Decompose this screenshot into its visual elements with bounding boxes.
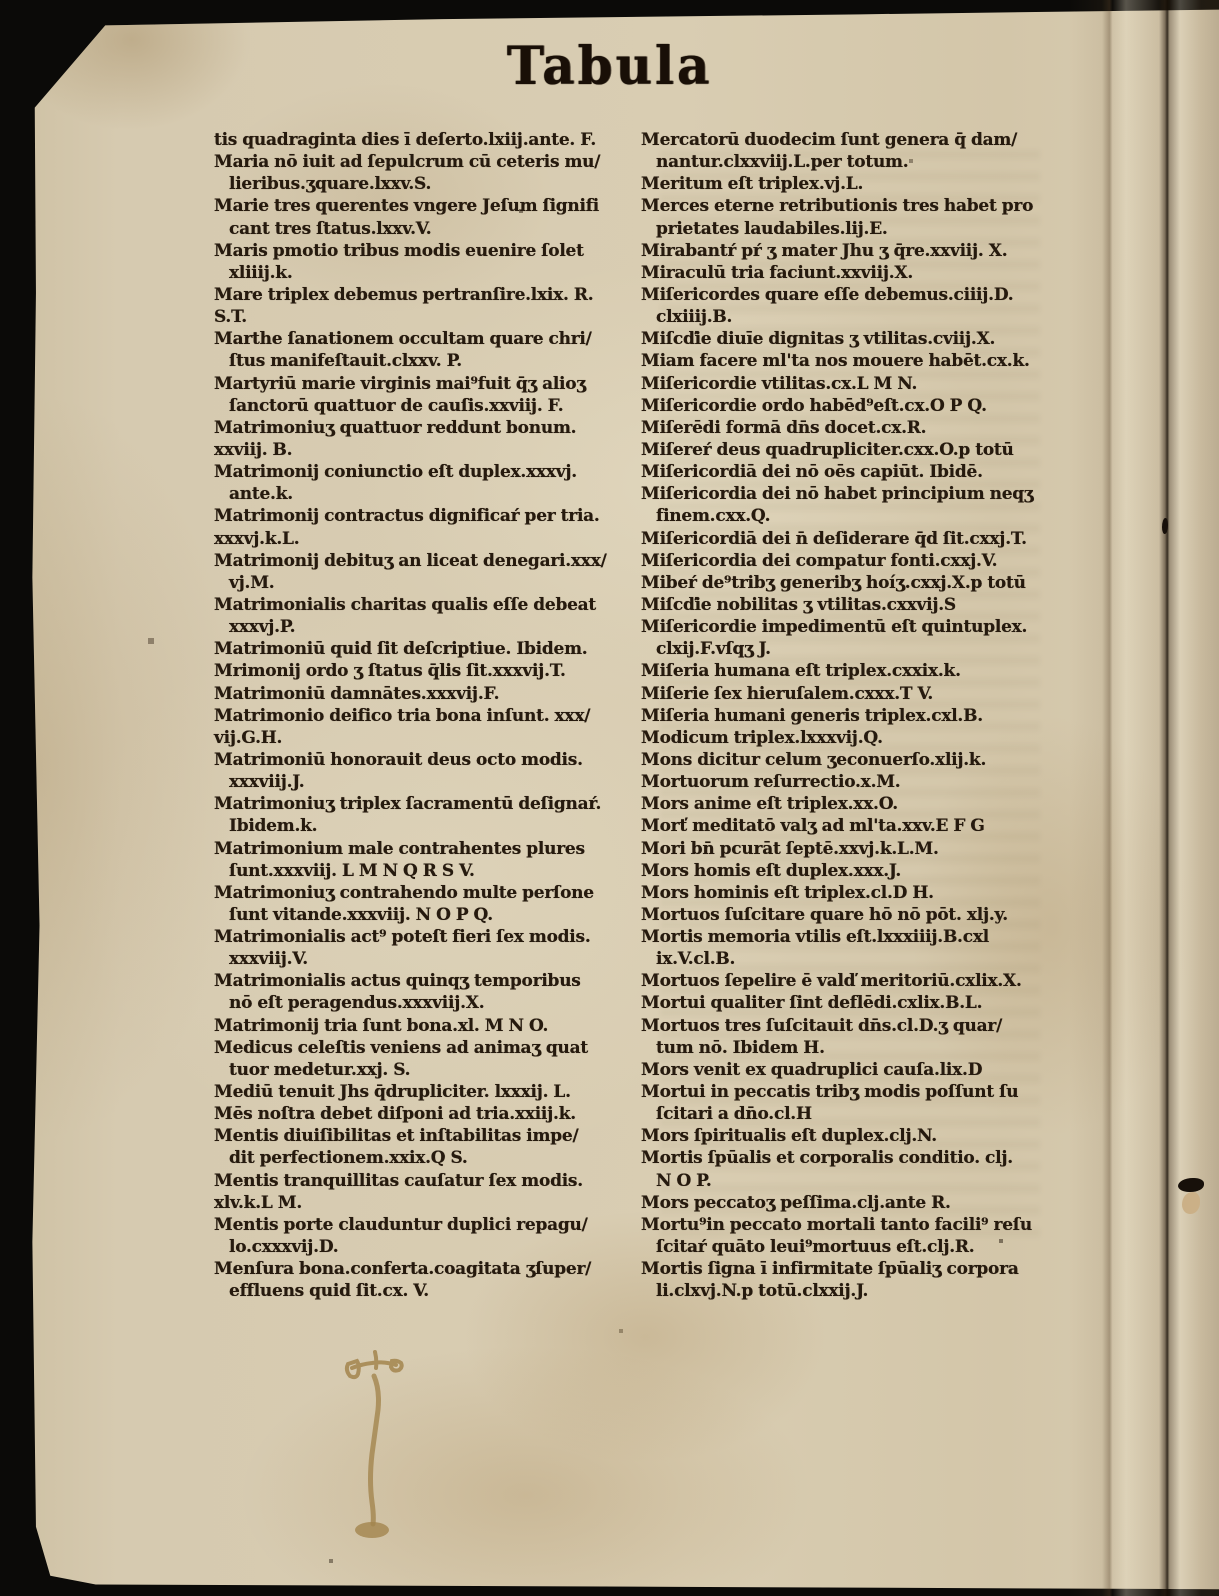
- index-line: Miſeria humana eſt triplex.cxxix.k.: [641, 660, 1065, 682]
- index-line: Mortis ſigna ī infirmitate ſpūaliʒ corpo…: [641, 1258, 1065, 1280]
- index-line: li.clxvj.N.p totū.clxxij.J.: [641, 1280, 1065, 1302]
- index-line: xliiij.k.: [214, 262, 638, 284]
- index-line: tis quadraginta dies ī deſerto.lxiij.ant…: [214, 129, 638, 151]
- index-line: ſcitaŕ quāto leui⁹mortuus eſt.clj.R.: [641, 1236, 1065, 1258]
- index-line: Mentis tranquillitas cauſatur ſex modis.: [214, 1170, 638, 1192]
- index-line: Matrimonij coniunctio eſt duplex.xxxvj.: [214, 461, 638, 483]
- index-line: Mors hominis eſt triplex.cl.D H.: [641, 882, 1065, 904]
- index-line: Miſericordia dei compatur fonti.cxxj.V.: [641, 550, 1065, 572]
- index-line: xxxviij.V.: [214, 948, 638, 970]
- index-line: Mentis diuiſibilitas et inſtabilitas imp…: [214, 1125, 638, 1147]
- index-line: Mortui qualiter ſint deflēdi.cxlix.B.L.: [641, 992, 1065, 1014]
- index-line: Miſericordie impedimentū eſt quintuplex.: [641, 616, 1065, 638]
- index-line: Matrimonij contractus dignificaŕ per tri…: [214, 505, 638, 527]
- index-line: Mortu⁹in peccato mortali tanto facili⁹ r…: [641, 1214, 1065, 1236]
- index-line: Mortuos ſuſcitare quare hō nō pōt. xlj.y…: [641, 904, 1065, 926]
- index-line: Matrimoniuʒ quattuor reddunt bonum.: [214, 417, 638, 439]
- index-line: Matrimonij tria ſunt bona.xl. M N O.: [214, 1015, 638, 1037]
- index-line: Matrimoniū honorauit deus octo modis.: [214, 749, 638, 771]
- index-line: Matrimoniuʒ triplex ſacramentū deſignaŕ.: [214, 793, 638, 815]
- index-line: Mentis porte clauduntur duplici repagu/: [214, 1214, 638, 1236]
- index-line: Mons dicitur celum ʒeconuerſo.xlij.k.: [641, 749, 1065, 771]
- index-line: ſunt.xxxviij. L M N Q R S V.: [214, 860, 638, 882]
- index-line: finem.cxx.Q.: [641, 505, 1065, 527]
- index-line: Medicus celeſtis veniens ad animaʒ quat: [214, 1037, 638, 1059]
- index-line: Mortuos ſepelire ē valď meritoriū.cxlix.…: [641, 970, 1065, 992]
- index-line: vij.G.H.: [214, 727, 638, 749]
- index-line: Miſericordie ordo habēd⁹eſt.cx.O P Q.: [641, 395, 1065, 417]
- index-line: ſanctorū quattuor de cauſis.xxviij. F.: [214, 395, 638, 417]
- index-line: Ibidem.k.: [214, 815, 638, 837]
- index-line: dit perfectionem.xxix.Q S.: [214, 1147, 638, 1169]
- index-line: Mortis ſpūalis et corporalis conditio. c…: [641, 1147, 1065, 1169]
- index-line: Merces eterne retributionis tres habet p…: [641, 195, 1065, 217]
- index-line: prietates laudabiles.lij.E.: [641, 218, 1065, 240]
- index-line: Meritum eſt triplex.vj.L.: [641, 173, 1065, 195]
- index-line: Miſericordie vtilitas.cx.L M N.: [641, 373, 1065, 395]
- index-line: Mors peccatoʒ peſſima.clj.ante R.: [641, 1192, 1065, 1214]
- index-column-right: Mercatorū duodecim ſunt genera q̄ dam/na…: [641, 129, 1065, 1302]
- index-line: Mortui in peccatis tribʒ modis poſſunt ſ…: [641, 1081, 1065, 1103]
- index-line: Matrimonialis charitas qualis eſſe debea…: [214, 594, 638, 616]
- index-line: Matrimoniuʒ contrahendo multe perſone: [214, 882, 638, 904]
- index-line: Matrimonium male contrahentes plures: [214, 838, 638, 860]
- index-line: ſcitari a dn̄o.cl.H: [641, 1103, 1065, 1125]
- index-line: Mercatorū duodecim ſunt genera q̄ dam/: [641, 129, 1065, 151]
- index-line: Miſereŕ deus quadrupliciter.cxx.O.p totū: [641, 439, 1065, 461]
- index-line: Mirabantŕ pŕ ʒ mater Jhu ʒ q̄re.xxviij. …: [641, 240, 1065, 262]
- index-line: xxxvj.k.L.: [214, 528, 638, 550]
- index-line: Matrimonij debituʒ an liceat denegari.xx…: [214, 550, 638, 572]
- index-line: Matrimoniū quid ſit deſcriptiue. Ibidem.: [214, 638, 638, 660]
- photograph-of-book-page: { "page": { "title": "Tabula", "ink_colo…: [0, 0, 1219, 1596]
- index-line: Mors homis eſt duplex.xxx.J.: [641, 860, 1065, 882]
- index-line: Miraculū tria faciunt.xxviij.X.: [641, 262, 1065, 284]
- index-line: Miſericordes quare eſſe debemus.ciiij.D.: [641, 284, 1065, 306]
- index-line: ſtus manifeſtauit.clxxv. P.: [214, 350, 638, 372]
- index-line: Miam facere ml'ta nos mouere habēt.cx.k.: [641, 350, 1065, 372]
- index-line: xlv.k.L M.: [214, 1192, 638, 1214]
- index-line: Mare triplex debemus pertranſire.lxix. R…: [214, 284, 638, 306]
- index-line: Matrimonialis actus quinqʒ temporibus: [214, 970, 638, 992]
- index-line: Mēs noſtra debet diſponi ad tria.xxiij.k…: [214, 1103, 638, 1125]
- index-line: tum nō. Ibidem H.: [641, 1037, 1065, 1059]
- index-line: clxiiij.B.: [641, 306, 1065, 328]
- index-line: nō eſt peragendus.xxxviij.X.: [214, 992, 638, 1014]
- index-line: Menſura bona.conferta.coagitata ʒſuper/: [214, 1258, 638, 1280]
- index-line: Maria nō iuit ad ſepulcrum cū ceteris mu…: [214, 151, 638, 173]
- index-line: xxviij. B.: [214, 439, 638, 461]
- index-line: cant tres ſtatus.lxxv.V.: [214, 218, 638, 240]
- index-line: ix.V.cl.B.: [641, 948, 1065, 970]
- index-line: Matrimonialis act⁹ poteſt fieri ſex modi…: [214, 926, 638, 948]
- index-line: vj.M.: [214, 572, 638, 594]
- index-line: Miſericordia dei nō habet principium neq…: [641, 483, 1065, 505]
- index-line: Mortuos tres ſuſcitauit dn̄s.cl.D.ʒ quar…: [641, 1015, 1065, 1037]
- index-line: Miſerie ſex hieruſalem.cxxx.T V.: [641, 683, 1065, 705]
- index-line: ante.k.: [214, 483, 638, 505]
- index-line: tuor medetur.xxj. S.: [214, 1059, 638, 1081]
- index-line: clxij.F.vſqʒ J.: [641, 638, 1065, 660]
- index-line: Miſcďie diuīe dignitas ʒ vtilitas.cviij.…: [641, 328, 1065, 350]
- index-line: Modicum triplex.lxxxvij.Q.: [641, 727, 1065, 749]
- index-line: lo.cxxxvij.D.: [214, 1236, 638, 1258]
- index-line: Miſericordiā dei nō oēs capiūt. Ibidē.: [641, 461, 1065, 483]
- index-line: Mrimonij ordo ʒ ſtatus q̄lis ſit.xxxvij.…: [214, 660, 638, 682]
- index-line: Marthe ſanationem occultam quare chri/: [214, 328, 638, 350]
- index-line: Marie tres querentes vngere Jeſum ſignif…: [214, 195, 638, 217]
- index-line: Miſeria humani generis triplex.cxl.B.: [641, 705, 1065, 727]
- index-line: nantur.clxxviij.L.per totum.: [641, 151, 1065, 173]
- index-line: Miſcďie nobilitas ʒ vtilitas.cxxvij.S: [641, 594, 1065, 616]
- index-line: Mors venit ex quadruplici cauſa.lix.D: [641, 1059, 1065, 1081]
- index-line: Mortuorum reſurrectio.x.M.: [641, 771, 1065, 793]
- index-line: Matrimoniū damnātes.xxxvij.F.: [214, 683, 638, 705]
- index-line: Miſericordiā dei n̄ deſiderare q̄d ſit.c…: [641, 528, 1065, 550]
- index-line: Martyriū marie virginis mai⁹fuit q̄ʒ ali…: [214, 373, 638, 395]
- index-line: Mors ſpiritualis eſt duplex.clj.N.: [641, 1125, 1065, 1147]
- ink-specks: [0, 0, 2, 2]
- pen-trial-doodle: [330, 1330, 420, 1550]
- index-line: Mori bn̄ pcurāt ſeptē.xxvj.k.L.M.: [641, 838, 1065, 860]
- index-line: Mediū tenuit Jhs q̄drupliciter. lxxxij. …: [214, 1081, 638, 1103]
- index-line: S.T.: [214, 306, 638, 328]
- index-line: Miſerēdi formā dn̄s docet.cx.R.: [641, 417, 1065, 439]
- index-line: lieribus.ʒquare.lxxv.S.: [214, 173, 638, 195]
- index-line: xxxvj.P.: [214, 616, 638, 638]
- index-line: Mibeŕ de⁹tribʒ generibʒ hoíʒ.cxxj.X.p to…: [641, 572, 1065, 594]
- index-line: Morť meditatō valʒ ad ml'ta.xxv.E F G: [641, 815, 1065, 837]
- index-line: effluens quid ſit.cx. V.: [214, 1280, 638, 1302]
- index-line: Matrimonio deifico tria bona inſunt. xxx…: [214, 705, 638, 727]
- index-line: Maris pmotio tribus modis euenire ſolet: [214, 240, 638, 262]
- index-line: ſunt vitande.xxxviij. N O P Q.: [214, 904, 638, 926]
- index-column-left: tis quadraginta dies ī deſerto.lxiij.ant…: [214, 129, 638, 1302]
- index-line: N O P.: [641, 1170, 1065, 1192]
- index-line: xxxviij.J.: [214, 771, 638, 793]
- index-line: Mors anime eſt triplex.xx.O.: [641, 793, 1065, 815]
- page-fore-edge: [1069, 0, 1219, 1596]
- page-title: Tabula: [0, 35, 1219, 97]
- index-line: Mortis memoria vtilis eſt.lxxxiiij.B.cxl: [641, 926, 1065, 948]
